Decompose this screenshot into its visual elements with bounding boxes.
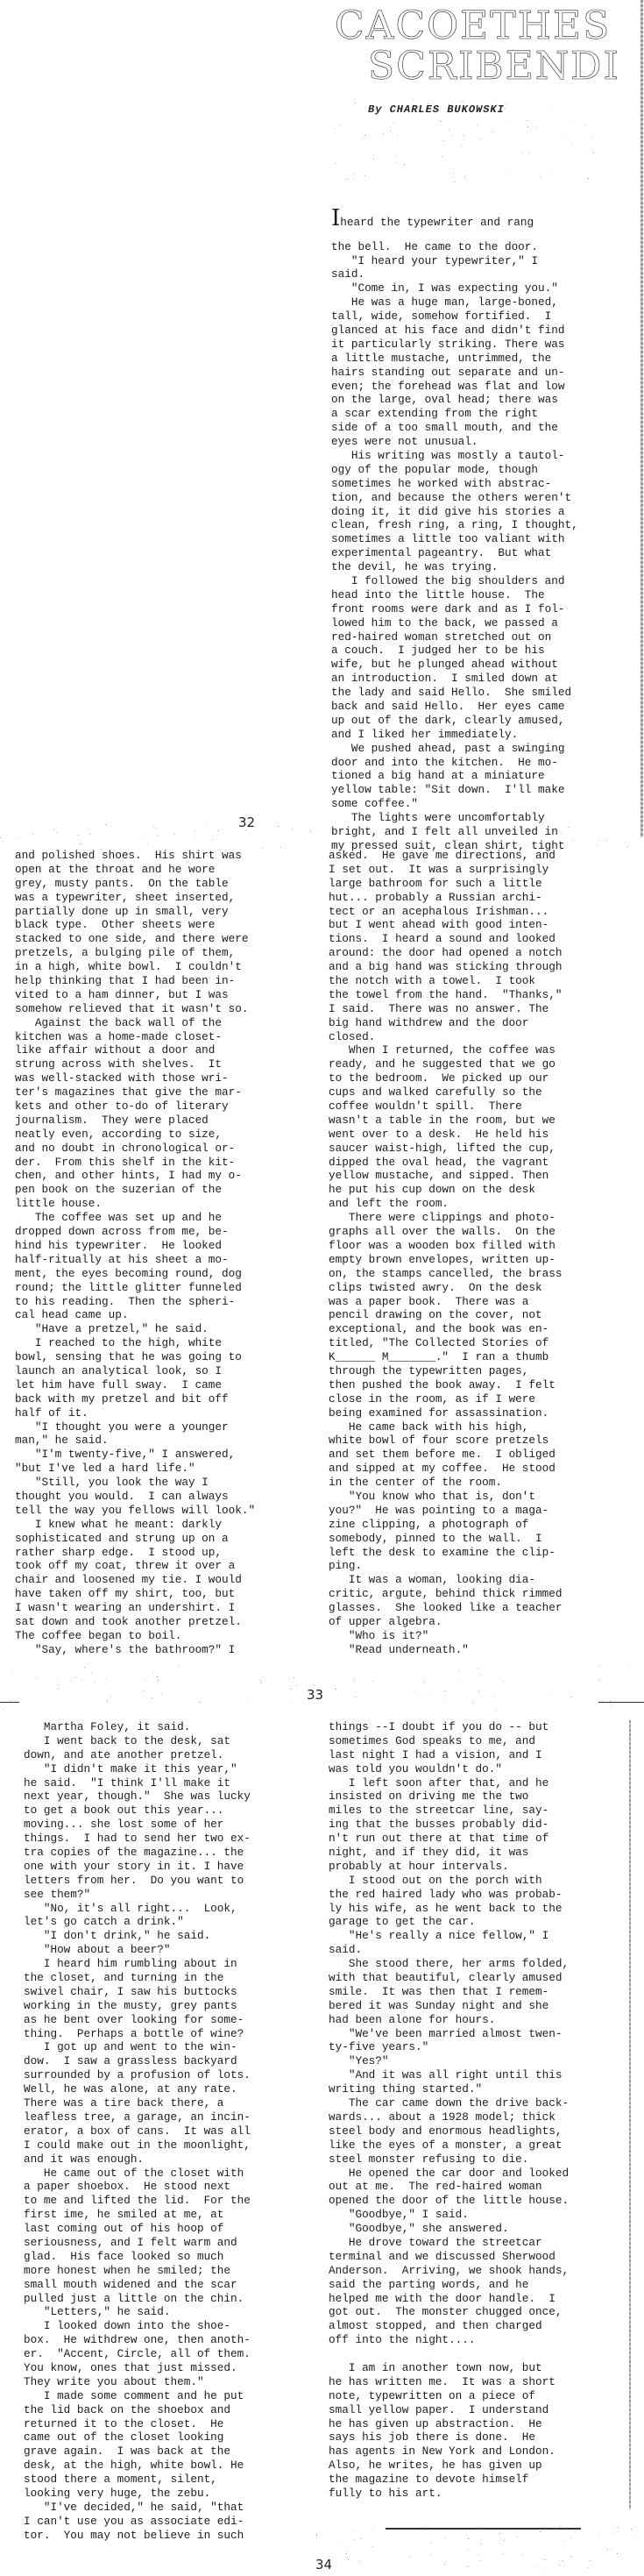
text-line: and a big hand was sticking through [329, 960, 562, 974]
text-line: thing. Perhaps a bottle of wine? [24, 2027, 251, 2041]
text-line: "He's really a nice fellow," I [329, 1929, 569, 1943]
text-line: journalism. They were placed [15, 1114, 255, 1128]
text-line: half-ritually at his sheet a mo- [15, 1253, 255, 1267]
text-line: hut... probably a Russian archi- [329, 891, 562, 905]
text-line: The lights were uncomfortably [331, 811, 578, 825]
text-line: surrounded by a profusion of lots. [24, 2068, 251, 2082]
text-line: pretzels, a bulging pile of them, [15, 946, 255, 960]
text-line: head into the little house. The [331, 588, 578, 602]
text-line: He opened the car door and looked [329, 2167, 569, 2181]
text-line: the red haired lady who was probab- [329, 1888, 569, 1902]
text-line: he has written me. It was a short [329, 2375, 569, 2389]
page-34-left-column: Martha Foley, it said. I went back to th… [24, 1720, 251, 2543]
text-line: I heard him rumbling about in [24, 1957, 251, 1971]
text-line: neatly even, according to size, [15, 1128, 255, 1142]
text-line: man," he said. [15, 1434, 255, 1448]
text-line: help thinking that I had been in- [15, 974, 255, 988]
text-line: I knew what he meant: darkly [15, 1518, 255, 1532]
text-line: asked. He gave me directions, and [329, 849, 562, 863]
text-line: the lady and said Hello. She smiled [331, 686, 578, 700]
text-line: last night I had a vision, and I [329, 1748, 569, 1762]
text-line: tor. You may not believe in such [24, 2529, 251, 2543]
text-line: eyes were not unusual. [331, 435, 578, 449]
text-line: tion, and because the others weren't [331, 491, 578, 505]
page-34-right-column: things --I doubt if you do -- butsometim… [329, 1720, 569, 2501]
text-line: half of it. [15, 1406, 255, 1420]
text-line: I said. There was no answer. The [329, 1002, 562, 1016]
text-line: ment, the eyes becoming round, dog [15, 1267, 255, 1281]
page-edge-scan-artifact [640, 0, 643, 837]
text-line: off into the night.... [329, 2333, 569, 2347]
page-33-left-column: and polished shoes. His shirt wasopen at… [15, 849, 255, 1657]
text-line: grey, musty pants. On the table [15, 877, 255, 891]
text-line: "We've been married almost twen- [329, 2027, 569, 2041]
text-line: sometimes he worked with abstrac- [331, 477, 578, 491]
text-line: I went back to the desk, sat [24, 1734, 251, 1748]
text-line: big hand withdrew and the door [329, 1016, 562, 1030]
text-line: said the parting words, and he [329, 2278, 569, 2292]
text-line: launch an analytical look, so I [15, 1364, 255, 1378]
text-line: working in the musty, grey pants [24, 1999, 251, 2013]
text-line: ter's magazines that give the mar- [15, 1085, 255, 1099]
text-line: "You know who that is, don't [329, 1490, 562, 1504]
text-line: terminal and we discussed Sherwood [329, 2250, 569, 2264]
text-line: yellow mustache, and sipped. Then [329, 1169, 562, 1183]
text-line: dow. I saw a grassless backyard [24, 2054, 251, 2068]
text-line: a paper shoebox. He stood next [24, 2180, 251, 2194]
text-line: the bell. He came to the door. [331, 240, 578, 254]
text-line: der. From this shelf in the kit- [15, 1156, 255, 1170]
text-line: Well, he was alone, at any rate. [24, 2082, 251, 2096]
text-line: open at the throat and he wore [15, 863, 255, 877]
text-line: to get a book out this year... [24, 1804, 251, 1818]
text-line: His writing was mostly a tautol- [331, 449, 578, 463]
text-line: an introduction. I smiled down at [331, 672, 578, 686]
text-line: he has given up abstraction. He [329, 2417, 569, 2431]
text-line: "Goodbye," I said. [329, 2208, 569, 2222]
text-line: graphs all over the walls. On the [329, 1225, 562, 1239]
text-line: the notch with a towel. I took [329, 974, 562, 988]
text-line: seriousness, and I felt warm and [24, 2236, 251, 2250]
text-line: garage to get the car. [329, 1915, 569, 1929]
text-line: even; the forehead was flat and low [331, 380, 578, 394]
text-line: "I thought you were a younger [15, 1420, 255, 1434]
text-line: pulled just a little on the chin. [24, 2292, 251, 2306]
page-33-right-column: asked. He gave me directions, andI set o… [329, 849, 562, 1657]
text-line: ping. [329, 1559, 562, 1573]
text-line: "I've decided," he said, "that [24, 2501, 251, 2515]
text-line: was told you wouldn't do." [329, 1762, 569, 1776]
text-line: kitchen was a home-made closet- [15, 1030, 255, 1044]
text-line: "Still, you look the way I [15, 1476, 255, 1490]
text-line: They write you about them." [24, 2375, 251, 2389]
text-line: you?" He was pointing to a maga- [329, 1504, 562, 1518]
text-line: moving... she lost some of her [24, 1818, 251, 1832]
text-line: thought you would. I can always [15, 1490, 255, 1504]
author-byline: By CHARLES BUKOWSKI [368, 103, 505, 116]
text-line: tra copies of the magazine... the [24, 1846, 251, 1860]
text-line: was well-stacked with those wri- [15, 1071, 255, 1085]
text-line: hairs standing out separate and un- [331, 366, 578, 380]
text-line: swivel chair, I saw his buttocks [24, 1985, 251, 1999]
text-line: cal head came up. [15, 1308, 255, 1322]
text-line: opened the door of the little house. [329, 2194, 569, 2208]
text-line: round; the little glitter funneled [15, 1281, 255, 1295]
text-line: dropped down across from me, be- [15, 1225, 255, 1239]
text-line: You know, ones that just missed. [24, 2361, 251, 2375]
text-line: door and into the kitchen. He mo- [331, 756, 578, 770]
text-line: Martha Foley, it said. [24, 1720, 251, 1734]
text-line: got out. The monster chugged once, [329, 2305, 569, 2319]
text-line: dipped the oval head, the vagrant [329, 1156, 562, 1170]
text-line: clips twisted awry. On the desk [329, 1281, 562, 1295]
text-line: Also, he writes, he has given up [329, 2459, 569, 2473]
text-line: I am in another town now, but [329, 2361, 569, 2375]
text-line: said. [329, 1943, 569, 1957]
text-line: "I don't drink," he said. [24, 1929, 251, 1943]
text-line: I left soon after that, and he [329, 1776, 569, 1790]
text-line: returned it to the closet. He [24, 2417, 251, 2431]
text-line: wife, but he plunged ahead without [331, 658, 578, 672]
text-line: back and said Hello. Her eyes came [331, 700, 578, 714]
text-line: "How about a beer?" [24, 1943, 251, 1957]
text-line: had been alone for hours. [329, 2013, 569, 2027]
text-line: like affair without a door and [15, 1043, 255, 1057]
text-line: and I liked her immediately. [331, 728, 578, 742]
text-line: coffee wouldn't spill. There [329, 1099, 562, 1114]
text-line: "Have a pretzel," he said. [15, 1322, 255, 1336]
text-line: almost stopped, and then charged [329, 2319, 569, 2333]
text-line: pen book on the suzerian of the [15, 1183, 255, 1197]
text-line: has agents in New York and London. [329, 2444, 569, 2459]
text-line: yellow table: "Sit down. I'll make [331, 783, 578, 797]
text-line: more honest when he smiled; the [24, 2264, 251, 2278]
text-line: came out of the closet looking [24, 2430, 251, 2444]
text-line: close in the room, as if I were [329, 1392, 562, 1406]
text-line: writing thing started." [329, 2082, 569, 2096]
text-line: I looked down into the shoe- [24, 2319, 251, 2333]
text-line: I set out. It was a surprisingly [329, 863, 562, 877]
text-line: The car came down the drive back- [329, 2096, 569, 2110]
text-line: We pushed ahead, past a swinging [331, 742, 578, 756]
text-line: vited to a ham dinner, but I was [15, 988, 255, 1002]
text-line: floor was a wooden box filled with [329, 1239, 562, 1253]
text-line: was a paper book. There was a [329, 1295, 562, 1309]
text-line: with that beautiful, clearly amused [329, 1971, 569, 1985]
text-line: "Goodbye," she answered. [329, 2222, 569, 2236]
text-line: zine clipping, a photograph of [329, 1518, 562, 1532]
story-title-line-1: CACOETHES [335, 7, 611, 46]
text-line: hind his typewriter. He looked [15, 1239, 255, 1253]
text-line: tect or an acephalous Irishman... [329, 905, 562, 919]
text-line: box. He withdrew one, then anoth- [24, 2333, 251, 2347]
text-line: being examined for assassination. [329, 1406, 562, 1420]
text-line: stood there a moment, silent, [24, 2473, 251, 2487]
text-line: was a typewriter, sheet inserted, [15, 891, 255, 905]
text-line: somebody, pinned to the wall. I [329, 1532, 562, 1546]
text-line: tions. I heard a sound and looked [329, 932, 562, 946]
text-line: er. "Accent, Circle, all of them. [24, 2347, 251, 2361]
text-line: of upper algebra. [329, 1615, 562, 1629]
text-line: kets and other to-do of literary [15, 1099, 255, 1114]
text-line: titled, "The Collected Stories of [329, 1336, 562, 1350]
text-line: I made some comment and he put [24, 2389, 251, 2403]
text-line: up out of the dark, clearly amused, [331, 714, 578, 728]
text-line: He was a huge man, large-boned, [331, 295, 578, 310]
text-line: sophisticated and strung up on a [15, 1532, 255, 1546]
text-line: tioned a big hand at a miniature [331, 769, 578, 783]
text-line: She stood there, her arms folded, [329, 1957, 569, 1971]
text-line: "I didn't make it this year," [24, 1762, 251, 1776]
text-line: experimental pageantry. But what [331, 546, 578, 560]
text-line: on, the stamps cancelled, the brass [329, 1267, 562, 1281]
text-line: helped me with the door handle. I [329, 2292, 569, 2306]
text-line: in the center of the room. [329, 1476, 562, 1490]
page-number-33: 33 [307, 1687, 323, 1703]
page-number-34: 34 [315, 2557, 332, 2572]
text-line: red-haired woman stretched out on [331, 630, 578, 644]
text-line: "Letters," he said. [24, 2305, 251, 2319]
text-line: Against the back wall of the [15, 1016, 255, 1030]
text-line: ty-five years." [329, 2040, 569, 2054]
text-line: out at me. The red-haired woman [329, 2180, 569, 2194]
text-line: the closet, and turning in the [24, 1971, 251, 1985]
text-line: it particularly striking. There was [331, 338, 578, 352]
text-line: in a high, white bowl. I couldn't [15, 960, 255, 974]
story-title-line-2: SCRIBENDI [368, 47, 620, 86]
text-line: left the desk to examine the clip- [329, 1546, 562, 1560]
text-line: chair and loosened my tie. I would [15, 1573, 255, 1587]
text-line: looking very huge, the zebu. [24, 2487, 251, 2501]
text-line: strung across with shelves. It [15, 1057, 255, 1071]
text-line: ly his wife, as he went back to the [329, 1902, 569, 1916]
text-line: There were clippings and photo- [329, 1211, 562, 1225]
text-line: but I went ahead with good inten- [329, 918, 562, 932]
text-line: down, and ate another pretzel. [24, 1748, 251, 1762]
text-line: see them?" [24, 1888, 251, 1902]
text-line: When I returned, the coffee was [329, 1043, 562, 1057]
text-line: to the bedroom. We picked up our [329, 1071, 562, 1085]
text-line: to me and lifted the lid. For the [24, 2194, 251, 2208]
text-line: There was a tire back there, a [24, 2096, 251, 2110]
text-line: little house. [15, 1197, 255, 1211]
text-line: miles to the streetcar line, say- [329, 1804, 569, 1818]
text-line: "but I've led a hard life." [15, 1462, 255, 1476]
text-line: a little mustache, untrimmed, the [331, 352, 578, 366]
text-line: ready, and he suggested that we go [329, 1057, 562, 1071]
text-line: closed. [329, 1030, 562, 1044]
text-line: I stood out on the porch with [329, 1874, 569, 1888]
text-line: desk, at the high, white bowl. He [24, 2459, 251, 2473]
text-line: He drove toward the streetcar [329, 2236, 569, 2250]
text-line: "No, it's all right... Look, [24, 1902, 251, 1916]
text-line: bered it was Sunday night and she [329, 1999, 569, 2013]
text-line: wasn't a table in the room, but we [329, 1114, 562, 1128]
text-line: saucer waist-high, lifted the cup, [329, 1142, 562, 1156]
text-line: the devil, he was trying. [331, 560, 578, 574]
text-line: a couch. I judged her to be his [331, 644, 578, 658]
text-line: the lid back on the shoebox and [24, 2403, 251, 2417]
text-line [329, 2347, 569, 2361]
text-line: front rooms were dark and as I fol- [331, 602, 578, 616]
text-line: empty brown envelopes, written up- [329, 1253, 562, 1267]
text-line: "Yes?" [329, 2054, 569, 2068]
text-line: "Who is it?" [329, 1629, 562, 1643]
page-edge-scan-artifact-lower [629, 1720, 631, 2509]
text-line: grave again. I was back at the [24, 2444, 251, 2459]
text-line: next year, though." She was lucky [24, 1790, 251, 1804]
text-line: note, typewritten on a piece of [329, 2389, 569, 2403]
text-line: "And it was all right until this [329, 2068, 569, 2082]
text-line: I could make out in the moonlight, [24, 2138, 251, 2153]
text-line: and left the room. [329, 1197, 562, 1211]
text-line: "I'm twenty-five," I answered, [15, 1448, 255, 1462]
text-line: ing that the busses probably did- [329, 1818, 569, 1832]
text-line: lowed him to the back, we passed a [331, 616, 578, 630]
text-line: "Read underneath." [329, 1643, 562, 1657]
text-line: critic, argute, behind thick rimmed [329, 1587, 562, 1601]
text-line: and it was enough. [24, 2153, 251, 2167]
text-line: sometimes God speaks to me, and [329, 1734, 569, 1748]
text-line: It was a woman, looking dia- [329, 1573, 562, 1587]
text-line: took off my coat, threw it over a [15, 1559, 255, 1573]
text-line: like the eyes of a monster, a great [329, 2138, 569, 2153]
text-line: on the large, oval head; there was [331, 393, 578, 407]
text-line: n't run out there at that time of [329, 1832, 569, 1846]
text-line: "Say, where's the bathroom?" I [15, 1643, 255, 1657]
text-line: tell the way you fellows will look." [15, 1504, 255, 1518]
page-32-right-column: Iheard the typewriter and rang the bell.… [331, 184, 578, 853]
first-line: Iheard the typewriter and rang [331, 212, 578, 226]
text-line: large bathroom for such a little [329, 877, 562, 891]
text-line: cups and walked carefully so the [329, 1085, 562, 1099]
text-line: side of a too small mouth, and the [331, 421, 578, 435]
text-line: steel body and enormous headlights, [329, 2124, 569, 2138]
text-line: glanced at his face and didn't find [331, 324, 578, 338]
text-line: chen, and other hints, I had my o- [15, 1169, 255, 1183]
text-line: "Come in, I was expecting you." [331, 281, 578, 295]
text-line: K______ M_______." I ran a thumb [329, 1350, 562, 1364]
text-line: letters from her. Do you want to [24, 1874, 251, 1888]
text-line: then pushed the book away. I felt [329, 1378, 562, 1392]
text-line: insisted on driving me the two [329, 1790, 569, 1804]
text-line: sat down and took another pretzel. [15, 1615, 255, 1629]
text-line: back with my pretzel and bit off [15, 1392, 255, 1406]
text-line: as he bent over looking for some- [24, 2013, 251, 2027]
text-line: and sipped at my coffee. He stood [329, 1462, 562, 1476]
text-line: black type. Other sheets were [15, 918, 255, 932]
text-line: let him have full sway. I came [15, 1378, 255, 1392]
text-line: rather sharp edge. I stood up, [15, 1546, 255, 1560]
text-line: exceptional, and the book was en- [329, 1322, 562, 1336]
text-line: ogy of the popular mode, though [331, 463, 578, 477]
first-line-text: heard the typewriter and rang [340, 216, 534, 229]
text-line: sometimes a little too valiant with [331, 532, 578, 546]
text-line: The coffee was set up and he [15, 1211, 255, 1225]
text-line: night, and if they did, it was [329, 1846, 569, 1860]
text-line: wards... about a 1928 model; thick [329, 2110, 569, 2124]
text-line: and set them before me. I obliged [329, 1448, 562, 1462]
text-line: he put his cup down on the desk [329, 1183, 562, 1197]
text-line: fully to his art. [329, 2487, 569, 2501]
text-line: a scar extending from the right [331, 407, 578, 421]
text-line: things. I had to send her two ex- [24, 1832, 251, 1846]
text-line: around: the door had opened a notch [329, 946, 562, 960]
text-line: through the typewritten pages, [329, 1364, 562, 1378]
text-line: went over to a desk. He held his [329, 1128, 562, 1142]
text-line: small yellow paper. I understand [329, 2403, 569, 2417]
text-line: pencil drawing on the cover, not [329, 1308, 562, 1322]
text-line: smile. It was then that I remem- [329, 1985, 569, 1999]
text-line: small mouth widened and the scar [24, 2278, 251, 2292]
text-line: "I heard your typewriter," I [331, 254, 578, 268]
text-line: bowl, sensing that he was going to [15, 1350, 255, 1364]
text-line: probably at hour intervals. [329, 1860, 569, 1874]
text-line: I can't use you as associate edi- [24, 2515, 251, 2529]
text-line: leafless tree, a garage, an incin- [24, 2110, 251, 2124]
text-line: says his job there is done. He [329, 2430, 569, 2444]
text-line: things --I doubt if you do -- but [329, 1720, 569, 1734]
text-line: stacked to one side, and there were [15, 932, 255, 946]
text-line: He came back with his high, [329, 1420, 562, 1434]
page-number-32: 32 [238, 815, 255, 830]
text-line: the magazine to devote himself [329, 2473, 569, 2487]
text-line: bright, and I felt all unveiled in [331, 825, 578, 839]
text-line: clean, fresh ring, a ring, I thought, [331, 518, 578, 532]
text-line: the towel from the hand. "Thanks," [329, 988, 562, 1002]
page-divider-right [598, 1702, 644, 1703]
text-line: somehow relieved that it wasn't so. [15, 1002, 255, 1016]
text-line: erator, a box of cans. It was all [24, 2124, 251, 2138]
drop-cap: I [331, 205, 340, 231]
text-line: one with your story in it. I have [24, 1860, 251, 1874]
text-line: and polished shoes. His shirt was [15, 849, 255, 863]
text-line: glad. His face looked so much [24, 2250, 251, 2264]
text-line: I reached to the high, white [15, 1336, 255, 1350]
text-line: have taken off my shirt, too, but [15, 1587, 255, 1601]
text-line: steel monster refusing to die. [329, 2153, 569, 2167]
text-line: last coming out of his hoop of [24, 2222, 251, 2236]
text-line: to his reading. Then the spheri- [15, 1295, 255, 1309]
text-line: I followed the big shoulders and [331, 574, 578, 588]
text-line: partially done up in small, very [15, 905, 255, 919]
text-line: let's go catch a drink." [24, 1915, 251, 1929]
page-divider-left [0, 1702, 19, 1703]
text-line: I wasn't wearing an undershirt. I [15, 1601, 255, 1615]
story-end-rule [386, 2528, 581, 2530]
text-line: and no doubt in chronological or- [15, 1142, 255, 1156]
text-line: said. [331, 267, 578, 281]
text-line: he said. "I think I'll make it [24, 1776, 251, 1790]
text-line: I got up and went to the win- [24, 2040, 251, 2054]
text-line: some coffee." [331, 797, 578, 811]
text-line: first ime, he smiled at me, at [24, 2208, 251, 2222]
text-line: He came out of the closet with [24, 2167, 251, 2181]
text-line: glasses. She looked like a teacher [329, 1601, 562, 1615]
text-line: tall, wide, somehow fortified. I [331, 310, 578, 324]
text-line: The coffee began to boil. [15, 1629, 255, 1643]
text-line: Anderson. Arriving, we shook hands, [329, 2264, 569, 2278]
text-line: white bowl of four score pretzels [329, 1434, 562, 1448]
text-line: doing it, it did give his stories a [331, 505, 578, 519]
